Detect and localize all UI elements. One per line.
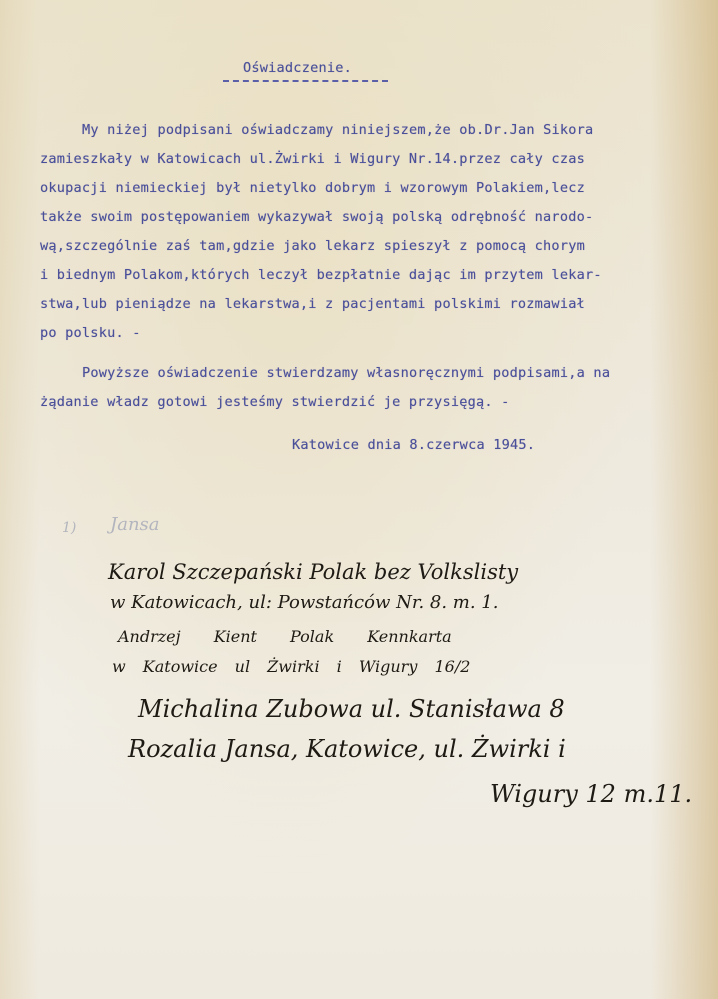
signature-line-3: Andrzej Kient Polak Kennkarta <box>118 627 452 646</box>
signature-line-5: Michalina Zubowa ul. Stanisława 8 <box>138 695 565 723</box>
document-title: Oświadczenie. <box>243 60 352 76</box>
signature-line-1: Karol Szczepański Polak bez Volkslisty <box>108 560 518 584</box>
body-line-9: Powyższe oświadczenie stwierdzamy własno… <box>82 365 610 381</box>
pencil-note-name: Jansa <box>110 514 160 535</box>
body-line-6: i biednym Polakom,których leczył bezpłat… <box>40 267 602 283</box>
body-line-10: żądanie władz gotowi jesteśmy stwierdzić… <box>40 394 510 410</box>
title-underline <box>223 80 388 82</box>
body-line-8: po polsku. - <box>40 325 141 341</box>
body-line-4: także swoim postępowaniem wykazywał swoj… <box>40 209 593 225</box>
body-line-3: okupacji niemieckiej był nietylko dobrym… <box>40 180 585 196</box>
body-line-5: wą,szczególnie zaś tam,gdzie jako lekarz… <box>40 238 585 254</box>
pencil-note-number: 1) <box>62 520 76 536</box>
signature-line-2: w Katowicach, ul: Powstańców Nr. 8. m. 1… <box>110 592 498 613</box>
signature-line-4: w Katowice ul Żwirki i Wigury 16/2 <box>112 657 470 676</box>
signature-line-7: Wigury 12 m.11. <box>490 780 692 808</box>
place-date: Katowice dnia 8.czerwca 1945. <box>292 437 535 453</box>
signature-line-6: Rozalia Jansa, Katowice, ul. Żwirki i <box>128 735 566 763</box>
document-page: Oświadczenie. My niżej podpisani oświadc… <box>0 0 718 999</box>
body-line-2: zamieszkały w Katowicach ul.Żwirki i Wig… <box>40 151 585 167</box>
body-line-7: stwa,lub pieniądze na lekarstwa,i z pacj… <box>40 296 585 312</box>
body-line-1: My niżej podpisani oświadczamy niniejsze… <box>82 122 593 138</box>
